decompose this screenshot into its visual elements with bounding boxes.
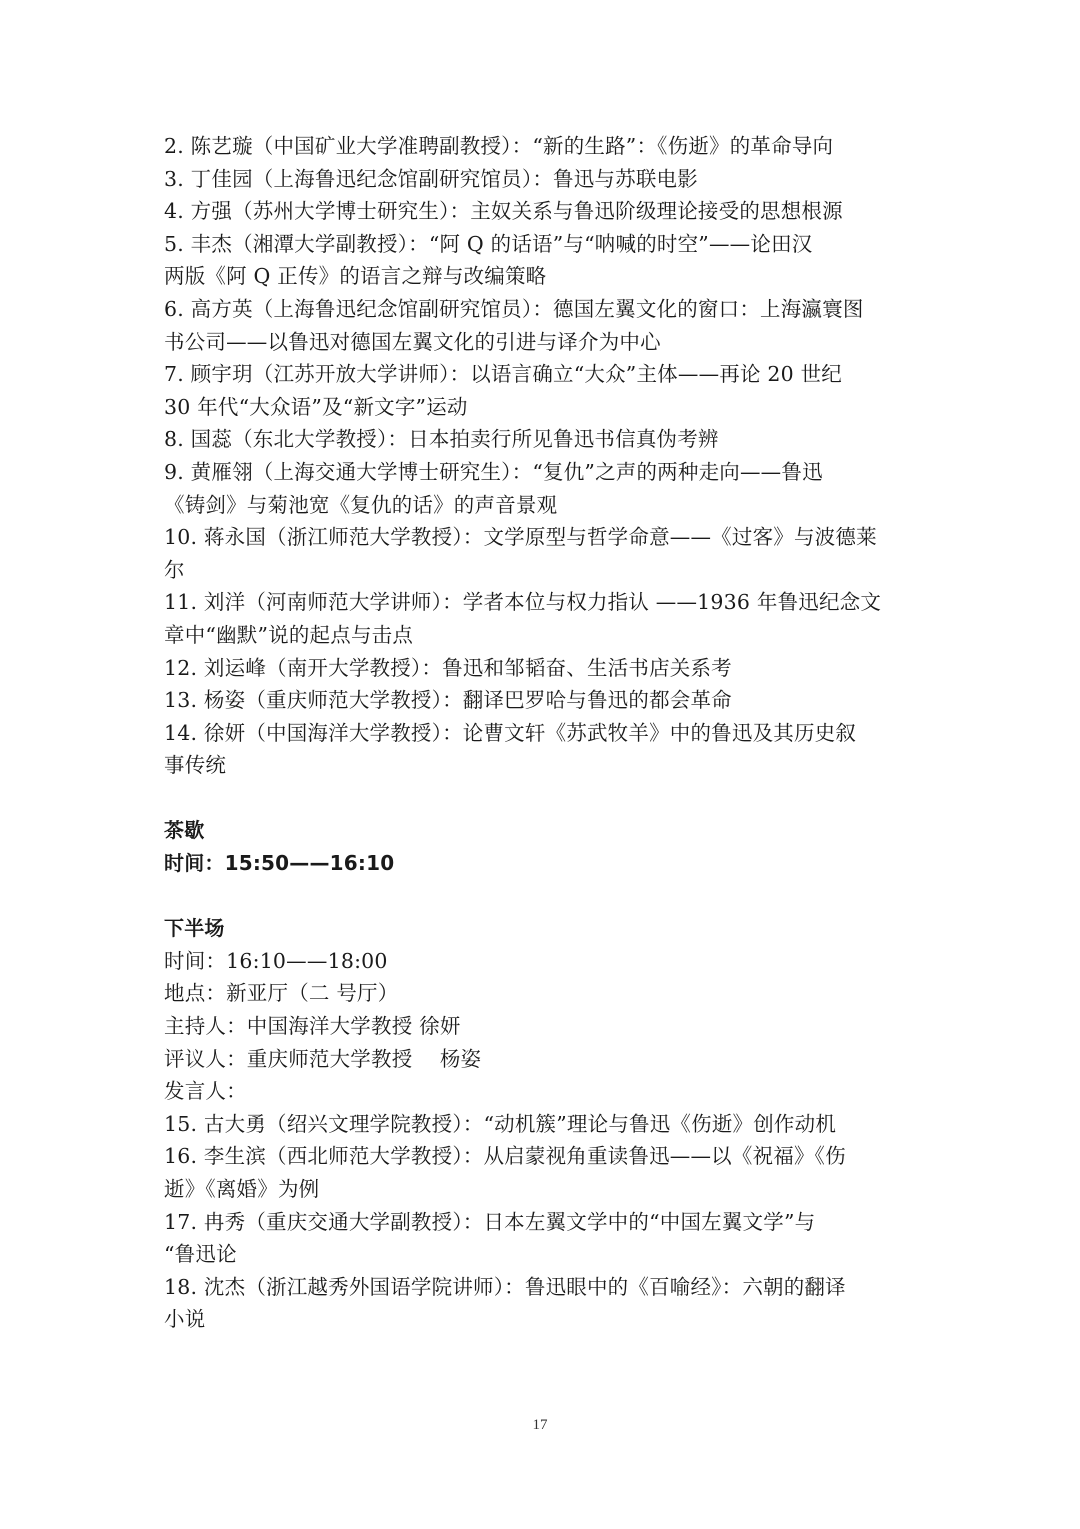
speaker-entry-10: 10. 蒋永国（浙江师范大学教授）：文学原型与哲学命意——《过客》与波德莱 尔: [164, 521, 924, 586]
entry-line: 18. 沈杰（浙江越秀外国语学院讲师）：鲁迅眼中的《百喻经》：六朝的翻译: [164, 1271, 924, 1304]
second-half-speaker-list: 15. 古大勇（绍兴文理学院教授）：“动机簇”理论与鲁迅《伤逝》创作动机 16.…: [164, 1108, 924, 1336]
speaker-entry-9: 9. 黄雁翎（上海交通大学博士研究生）：“复仇”之声的两种走向——鲁迅 《铸剑》…: [164, 456, 924, 521]
speaker-entry-11: 11. 刘洋（河南师范大学讲师）：学者本位与权力指认 ——1936 年鲁迅纪念文…: [164, 586, 924, 651]
speaker-entry-4: 4. 方强（苏州大学博士研究生）：主奴关系与鲁迅阶级理论接受的思想根源: [164, 195, 924, 228]
spacer: [164, 782, 924, 815]
entry-line: 事传统: [164, 749, 924, 782]
entry-line: 《铸剑》与菊池宽《复仇的话》的声音景观: [164, 489, 924, 522]
speaker-entry-13: 13. 杨姿（重庆师范大学教授）：翻译巴罗哈与鲁迅的都会革命: [164, 684, 924, 717]
entry-line: 书公司——以鲁迅对德国左翼文化的引进与译介为中心: [164, 326, 924, 359]
speaker-entry-7: 7. 顾宇玥（江苏开放大学讲师）：以语言确立“大众”主体——再论 20 世纪 3…: [164, 358, 924, 423]
second-half-title: 下半场: [164, 912, 924, 945]
second-half-time: 时间：16:10——18:00: [164, 945, 924, 978]
entry-line: 17. 冉秀（重庆交通大学副教授）：日本左翼文学中的“中国左翼文学”与: [164, 1206, 924, 1239]
first-half-speaker-list: 2. 陈艺璇（中国矿业大学准聘副教授）：“新的生路”：《伤逝》的革命导向 3. …: [164, 130, 924, 782]
entry-line: 尔: [164, 554, 924, 587]
speaker-entry-6: 6. 高方英（上海鲁迅纪念馆副研究馆员）：德国左翼文化的窗口：上海瀛寰图 书公司…: [164, 293, 924, 358]
entry-line: 15. 古大勇（绍兴文理学院教授）：“动机簇”理论与鲁迅《伤逝》创作动机: [164, 1108, 924, 1141]
second-half-section: 下半场 时间：16:10——18:00 地点：新亚厅（二 号厅） 主持人：中国海…: [164, 912, 924, 1336]
speaker-entry-2: 2. 陈艺璇（中国矿业大学准聘副教授）：“新的生路”：《伤逝》的革命导向: [164, 130, 924, 163]
entry-line: 逝》《离婚》为例: [164, 1173, 924, 1206]
tea-break-title: 茶歇: [164, 814, 924, 847]
speaker-entry-17: 17. 冉秀（重庆交通大学副教授）：日本左翼文学中的“中国左翼文学”与 “鲁迅论: [164, 1206, 924, 1271]
second-half-commentator: 评议人：重庆师范大学教授 杨姿: [164, 1043, 924, 1076]
entry-line: 章中“幽默”说的起点与击点: [164, 619, 924, 652]
spacer: [164, 880, 924, 913]
entry-line: 30 年代“大众语”及“新文字”运动: [164, 391, 924, 424]
entry-line: 16. 李生滨（西北师范大学教授）：从启蒙视角重读鲁迅——以《祝福》《伤: [164, 1140, 924, 1173]
speaker-entry-18: 18. 沈杰（浙江越秀外国语学院讲师）：鲁迅眼中的《百喻经》：六朝的翻译 小说: [164, 1271, 924, 1336]
entry-line: 5. 丰杰（湘潭大学副教授）：“阿 Q 的话语”与“呐喊的时空”——论田汉: [164, 228, 924, 261]
entry-line: 小说: [164, 1303, 924, 1336]
speaker-entry-5: 5. 丰杰（湘潭大学副教授）：“阿 Q 的话语”与“呐喊的时空”——论田汉 两版…: [164, 228, 924, 293]
speaker-entry-8: 8. 国蕊（东北大学教授）：日本拍卖行所见鲁迅书信真伪考辨: [164, 423, 924, 456]
speaker-entry-12: 12. 刘运峰（南开大学教授）：鲁迅和邹韬奋、生活书店关系考: [164, 652, 924, 685]
speaker-entry-14: 14. 徐妍（中国海洋大学教授）：论曹文轩《苏武牧羊》中的鲁迅及其历史叙 事传统: [164, 717, 924, 782]
entry-line: 14. 徐妍（中国海洋大学教授）：论曹文轩《苏武牧羊》中的鲁迅及其历史叙: [164, 717, 924, 750]
speaker-entry-3: 3. 丁佳园（上海鲁迅纪念馆副研究馆员）：鲁迅与苏联电影: [164, 163, 924, 196]
document-page: 2. 陈艺璇（中国矿业大学准聘副教授）：“新的生路”：《伤逝》的革命导向 3. …: [164, 130, 924, 1336]
entry-line: 9. 黄雁翎（上海交通大学博士研究生）：“复仇”之声的两种走向——鲁迅: [164, 456, 924, 489]
entry-line: 8. 国蕊（东北大学教授）：日本拍卖行所见鲁迅书信真伪考辨: [164, 423, 924, 456]
entry-line: 7. 顾宇玥（江苏开放大学讲师）：以语言确立“大众”主体——再论 20 世纪: [164, 358, 924, 391]
page-number: 17: [0, 1417, 1080, 1434]
entry-line: 6. 高方英（上海鲁迅纪念馆副研究馆员）：德国左翼文化的窗口：上海瀛寰图: [164, 293, 924, 326]
entry-line: 2. 陈艺璇（中国矿业大学准聘副教授）：“新的生路”：《伤逝》的革命导向: [164, 130, 924, 163]
tea-break-section: 茶歇 时间：15:50——16:10: [164, 814, 924, 879]
second-half-location: 地点：新亚厅（二 号厅）: [164, 977, 924, 1010]
entry-line: 10. 蒋永国（浙江师范大学教授）：文学原型与哲学命意——《过客》与波德莱: [164, 521, 924, 554]
entry-line: 3. 丁佳园（上海鲁迅纪念馆副研究馆员）：鲁迅与苏联电影: [164, 163, 924, 196]
speakers-label: 发言人：: [164, 1075, 924, 1108]
entry-line: 12. 刘运峰（南开大学教授）：鲁迅和邹韬奋、生活书店关系考: [164, 652, 924, 685]
speaker-entry-16: 16. 李生滨（西北师范大学教授）：从启蒙视角重读鲁迅——以《祝福》《伤 逝》《…: [164, 1140, 924, 1205]
entry-line: 4. 方强（苏州大学博士研究生）：主奴关系与鲁迅阶级理论接受的思想根源: [164, 195, 924, 228]
entry-line: “鲁迅论: [164, 1238, 924, 1271]
speaker-entry-15: 15. 古大勇（绍兴文理学院教授）：“动机簇”理论与鲁迅《伤逝》创作动机: [164, 1108, 924, 1141]
entry-line: 13. 杨姿（重庆师范大学教授）：翻译巴罗哈与鲁迅的都会革命: [164, 684, 924, 717]
entry-line: 11. 刘洋（河南师范大学讲师）：学者本位与权力指认 ——1936 年鲁迅纪念文: [164, 586, 924, 619]
second-half-host: 主持人：中国海洋大学教授 徐妍: [164, 1010, 924, 1043]
entry-line: 两版《阿 Q 正传》的语言之辩与改编策略: [164, 260, 924, 293]
tea-break-time: 时间：15:50——16:10: [164, 847, 924, 880]
